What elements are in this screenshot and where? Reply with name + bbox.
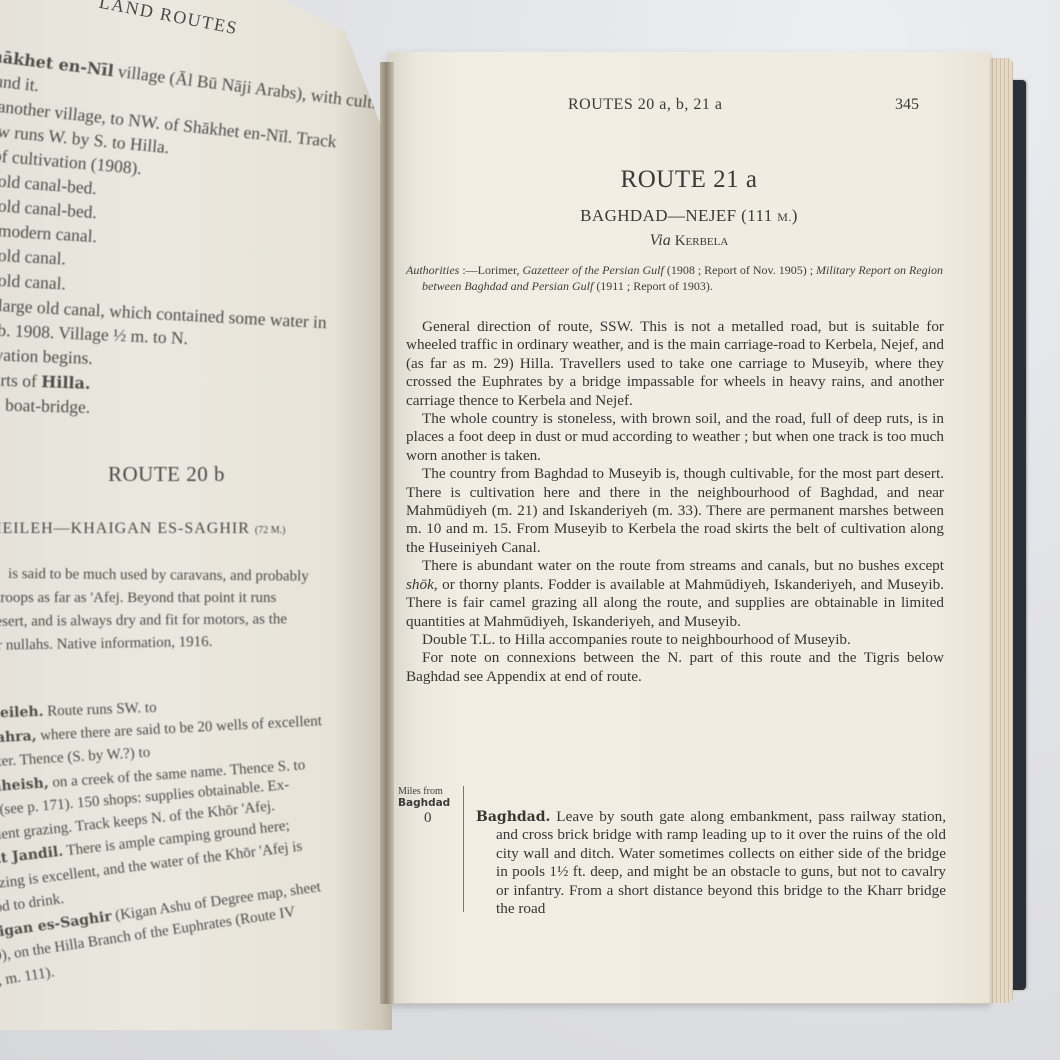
left-route-intro: is said to be much used by caravans, and…	[0, 562, 392, 658]
miles-value: 0	[424, 810, 432, 827]
miles-column: Miles from Baghdad 0	[398, 786, 464, 912]
left-route-subtitle: SHEILEH—KHAIGAN ES-SAGHIR (72 M.)	[0, 520, 285, 538]
paragraph-telegraph: Double T.L. to Hilla accompanies route t…	[406, 631, 944, 649]
paragraph-country-soil: The whole country is stoneless, with bro…	[406, 410, 944, 465]
right-page: ROUTES 20 a, b, 21 a 345 ROUTE 21 a BAGH…	[388, 52, 990, 1004]
route-subtitle: BAGHDAD—NEJEF (111 M.)	[388, 206, 990, 226]
route-name: BAGHDAD—NEJEF	[580, 206, 736, 225]
page-number: 345	[895, 96, 919, 114]
paragraph-water: There is abundant water on the route fro…	[406, 557, 944, 631]
route-description: General direction of route, SSW. This is…	[406, 318, 944, 686]
miles-header: Miles from	[398, 786, 463, 797]
left-itinerary-bottom: gheileh. Route runs SW. to -Zahra, where…	[0, 702, 392, 996]
left-itinerary-top: Shākhet en-Nīl village (Āl Bū Nāji Arabs…	[0, 42, 392, 417]
book-gutter	[380, 62, 394, 1004]
paragraph-direction: General direction of route, SSW. This is…	[406, 318, 944, 410]
authorities-note: Authorities :—Lorimer, Gazetteer of the …	[406, 262, 944, 294]
left-route-title: ROUTE 20 b	[108, 462, 225, 487]
itinerary-place: Baghdad.	[476, 809, 550, 825]
paragraph-connexions: For note on connexions between the N. pa…	[406, 649, 944, 686]
miles-header-city: Baghdad	[398, 797, 463, 809]
left-running-head: LAND ROUTES	[97, 0, 239, 39]
route-distance: (111 M.)	[741, 206, 798, 225]
itinerary-table: Miles from Baghdad 0 Baghdad. Leave by s…	[398, 786, 958, 966]
running-head: ROUTES 20 a, b, 21 a	[568, 96, 722, 114]
itinerary-entry: Baghdad. Leave by south gate along emban…	[476, 808, 946, 918]
left-page: LAND ROUTES Shākhet en-Nīl village (Āl B…	[0, 0, 392, 1030]
paragraph-cultivation: The country from Baghdad to Museyib is, …	[406, 465, 944, 557]
route-via: Via Kerbela	[388, 232, 990, 250]
route-title: ROUTE 21 a	[388, 166, 990, 194]
